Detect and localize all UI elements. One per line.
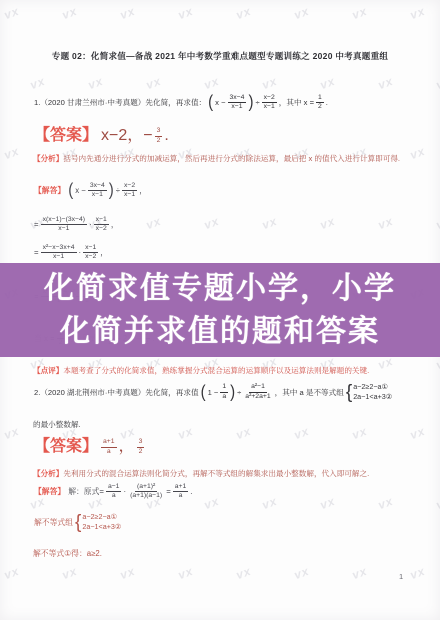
watermark-stamp: vx xyxy=(318,74,337,92)
analysis-content: 括号内先通分进行分式的加减运算，然后再进行分式的除法运算，最后把 x 的值代入进… xyxy=(63,154,400,163)
analysis-label: 【分析】 xyxy=(33,469,63,478)
question-1-analysis-line: 【分析】括号内先通分进行分式的加减运算，然后再进行分式的除法运算，最后把 x 的… xyxy=(33,148,414,167)
comment-label: 【点评】 xyxy=(33,366,63,375)
watermark-stamp: vx xyxy=(2,424,21,442)
watermark-stamp: vx xyxy=(292,4,311,22)
watermark-stamp: vx xyxy=(86,74,105,92)
question-2-inequality-step: 解不等式①得：a≥2. xyxy=(33,548,414,559)
document-title: 专题 02：化简求值—备战 2021 年中考数学重难点题型专题训练之 2020 … xyxy=(0,50,440,62)
question-2-answer-line: 【答案】 a+1a，32 xyxy=(33,437,414,457)
watermark-stamp: vx xyxy=(2,144,21,162)
comment-content: 本题考查了分式的化简求值，熟练掌握分式混合运算的运算顺序以及运算法则是解题的关键… xyxy=(63,366,369,375)
question-1-solution-line-3: =x²−x−3x+4x−1·x−1x−2， xyxy=(33,244,414,262)
solution-label: 【解答】 xyxy=(34,186,65,196)
solution-label: 【解答】 xyxy=(34,487,65,497)
banner-title-line-2: 化简并求值的题和答案 xyxy=(60,310,380,353)
analysis-label: 【分析】 xyxy=(33,154,63,163)
watermark-stamp: vx xyxy=(408,4,427,22)
answer-content: x−2，−32. xyxy=(100,126,170,146)
watermark-stamp: vx xyxy=(434,494,440,512)
question-2-solution-line: 【解答】 解：原式=a−1a·(a+1)²(a+1)(a−1)=a+1a. xyxy=(33,483,414,501)
banner-title-line-1: 化简求值专题小学，小学 xyxy=(44,267,396,310)
question-2-inequality-system: 解不等式组{a−2≥2−a①2a−1<a+3② xyxy=(33,512,414,533)
solution-step: (x −3x−4x−1)÷x−2x−1， xyxy=(67,182,148,200)
watermark-stamp: vx xyxy=(260,74,279,92)
watermark-stamp: vx xyxy=(176,564,195,582)
solution-step: 解：原式=a−1a·(a+1)²(a+1)(a−1)=a+1a. xyxy=(67,483,193,501)
document-page: vxvxvxvxvxvxvxvxvxvxvxvxvxvxvxvxvxvxvxvx… xyxy=(0,0,440,620)
watermark-stamp: vx xyxy=(2,564,21,582)
watermark-stamp: vx xyxy=(376,74,395,92)
watermark-stamp: vx xyxy=(408,564,427,582)
question-1-comment-line: 【点评】本题考查了分式的化简求值，熟练掌握分式混合运算的运算顺序以及运算法则是解… xyxy=(33,360,414,378)
watermark-stamp: vx xyxy=(118,4,137,22)
answer-label: 【答案】 xyxy=(34,437,98,457)
question-1-stem: 1.（2020 甘肃兰州市·中考真题）先化简，再求值：(x −3x−4x−1)÷… xyxy=(33,94,414,112)
answer-label: 【答案】 xyxy=(34,126,98,146)
question-1-solution-line-2: =x(x−1)−(3x−4)x−1·x−1x−2， xyxy=(33,216,414,234)
watermark-stamp: vx xyxy=(350,564,369,582)
watermark-stamp: vx xyxy=(118,564,137,582)
watermark-stamp: vx xyxy=(2,4,21,22)
answer-content: a+1a，32 xyxy=(100,437,145,457)
watermark-stamp: vx xyxy=(234,564,253,582)
watermark-stamp: vx xyxy=(434,214,440,232)
question-1-solution-line-1: 【解答】 (x −3x−4x−1)÷x−2x−1， xyxy=(33,182,414,200)
question-2-stem: 2.（2020 湖北荆州市·中考真题）先化简，再求值(1 −1a)÷a²−1a²… xyxy=(33,382,414,403)
watermark-stamp: vx xyxy=(292,564,311,582)
question-1-answer-line: 【答案】 x−2，−32. xyxy=(33,126,414,146)
watermark-stamp: vx xyxy=(60,4,79,22)
watermark-stamp: vx xyxy=(176,4,195,22)
question-2-stem-tail: 的最小整数解. xyxy=(33,419,414,430)
watermark-stamp: vx xyxy=(234,4,253,22)
overlay-banner: 化简求值专题小学，小学 化简并求值的题和答案 xyxy=(0,263,440,357)
watermark-stamp: vx xyxy=(202,74,221,92)
page-number: 1 xyxy=(399,572,403,581)
analysis-content: 先利用分式的混合运算法则化简分式，再解不等式组的解集求出最小整数解，代入即可解之… xyxy=(63,469,369,478)
watermark-stamp: vx xyxy=(144,74,163,92)
watermark-stamp: vx xyxy=(28,74,47,92)
watermark-stamp: vx xyxy=(350,4,369,22)
watermark-stamp: vx xyxy=(434,74,440,92)
watermark-stamp: vx xyxy=(60,564,79,582)
question-2-analysis-line: 【分析】先利用分式的混合运算法则化简分式，再解不等式组的解集求出最小整数解，代入… xyxy=(33,463,414,482)
